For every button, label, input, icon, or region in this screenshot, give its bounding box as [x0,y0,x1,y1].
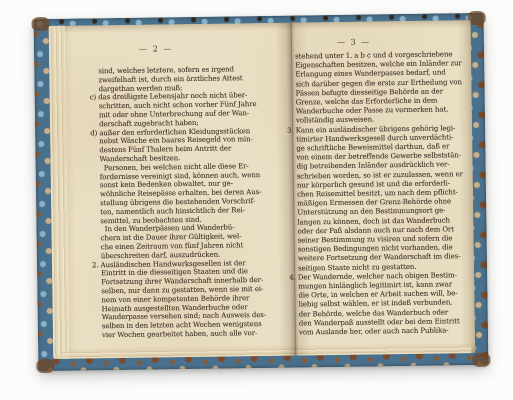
page-2-text-block: sind, welches letztere, sofern es irgend… [89,65,280,340]
page-edge-stack-left [49,26,70,359]
open-book: — 2 — — 3 — sind, welches letztere, sofe… [34,13,489,371]
leather-corner [472,353,490,367]
leather-corner [36,359,54,373]
leather-corner [32,17,50,31]
page-number-3: — 3 — [324,37,384,47]
page-number-2: — 2 — [126,44,186,54]
page-3-text-block: stehend unter 1. a b c und d vorgeschrie… [286,50,483,338]
